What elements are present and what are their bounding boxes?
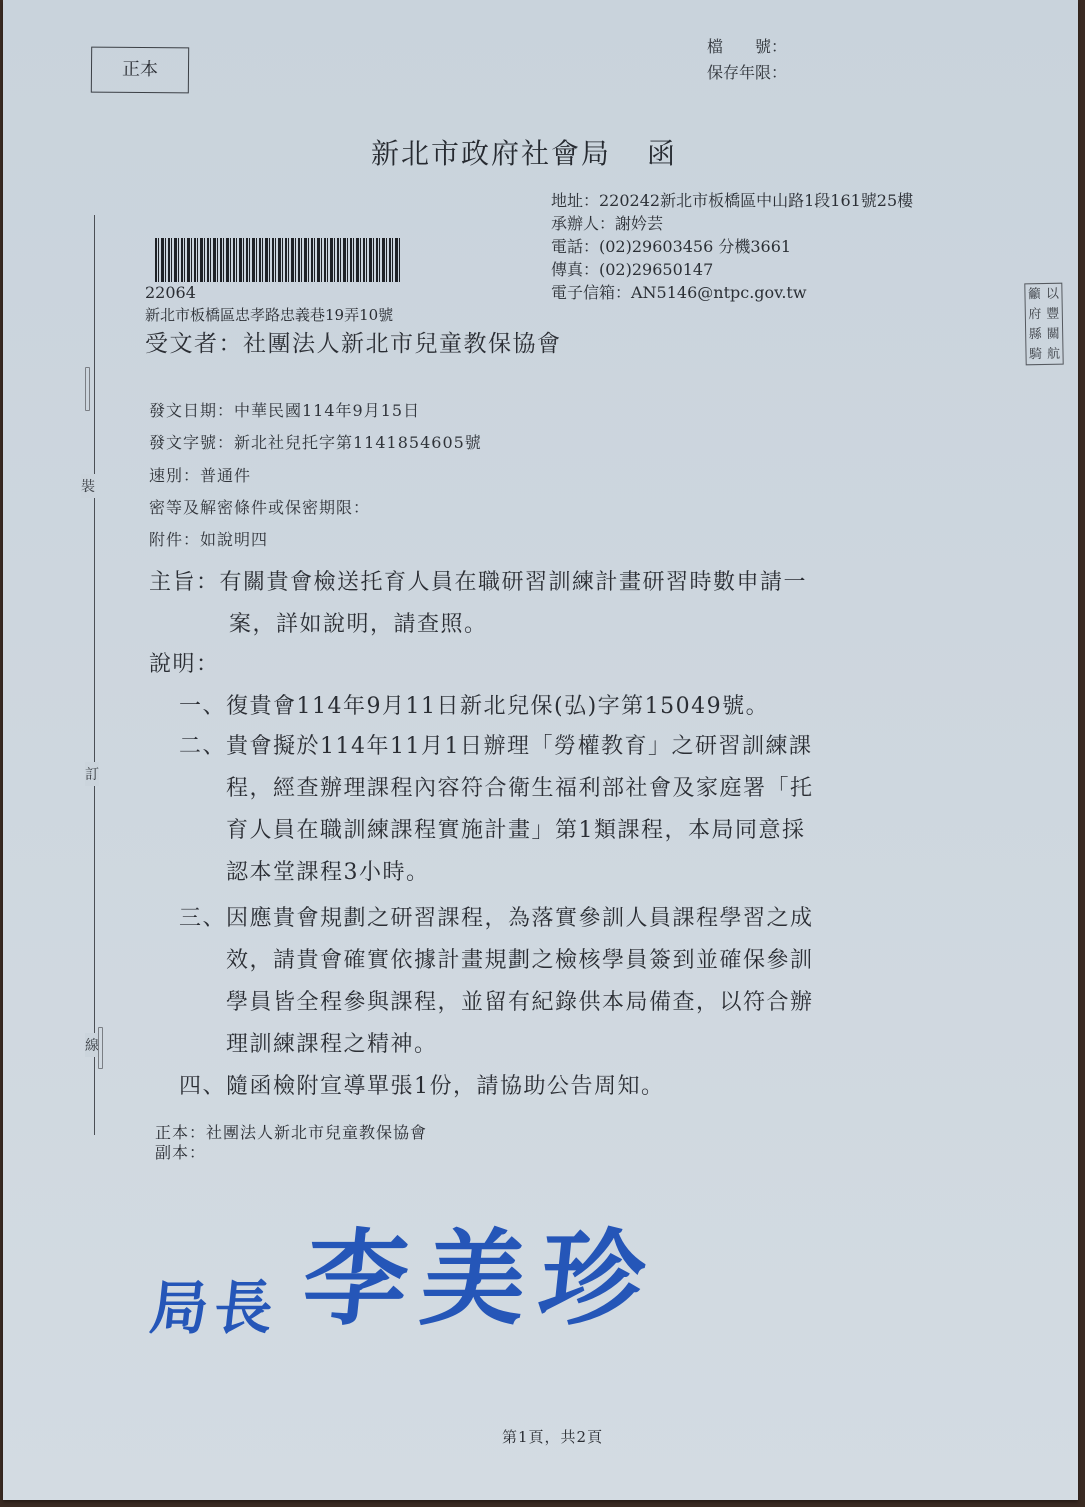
explanation-item-2: 二、貴會擬於114年11月1日辦理「勞權教育」之研習訓練課 程，經查辦理課程內容… — [179, 726, 814, 894]
file-number-label: 檔 號： — [707, 37, 787, 56]
subject-line: 有關貴會檢送托育人員在職研習訓練計畫研習時數申請一 — [220, 570, 808, 595]
binding-mark-ding: 訂 — [85, 762, 99, 786]
seal-char: 府 — [1026, 304, 1044, 324]
sender-info: 地址：220242新北市板橋區中山路1段161號25樓 承辦人：謝妗芸 電話：(… — [551, 189, 913, 304]
seal-char: 縣 — [1026, 324, 1044, 344]
item-line: 育人員在職訓練課程實施計畫」第1類課程，本局同意採 — [179, 810, 814, 852]
seal-char: 籲 — [1025, 284, 1043, 304]
signature-name: 李美珍 — [297, 1195, 667, 1345]
item-line: 因應貴會規劃之研習課程，為落實參訓人員課程學習之成 — [226, 906, 814, 931]
copy-recipient: 副本： — [155, 1143, 427, 1163]
document-title: 新北市政府社會局函 — [371, 132, 677, 172]
item-marker: 三、 — [179, 906, 226, 931]
sender-address: 地址：220242新北市板橋區中山路1段161號25樓 — [551, 189, 913, 212]
subject-line: 案，詳如說明，請查照。 — [149, 604, 807, 646]
signature-role: 局長 — [147, 1261, 284, 1345]
doc-number: 發文字號：新北社兒托字第1141854605號 — [149, 430, 482, 453]
seal-char: 豐 — [1044, 304, 1062, 324]
sender-email: 電子信箱：AN5146@ntpc.gov.tw — [551, 281, 913, 304]
retention-row: 保存年限： — [707, 60, 787, 86]
item-marker: 二、 — [179, 734, 226, 759]
explanation-item-4: 四、隨函檢附宣導單張1份，請協助公告周知。 — [179, 1066, 665, 1108]
seal-char: 騎 — [1026, 344, 1044, 364]
subject-label: 主旨： — [149, 570, 220, 595]
item-line: 貴會擬於114年11月1日辦理「勞權教育」之研習訓練課 — [226, 734, 812, 759]
binding-bracket — [98, 1027, 103, 1069]
sender-fax: 傳真：(02)29650147 — [551, 258, 913, 281]
binding-mark-zhuang: 裝 — [81, 474, 95, 498]
item-line: 學員皆全程參與課程，並留有紀錄供本局備查，以符合辦 — [179, 982, 814, 1024]
item-marker: 一、 — [179, 694, 226, 719]
item-line: 認本堂課程3小時。 — [179, 852, 814, 894]
attachments: 附件：如說明四 — [149, 527, 268, 550]
seal-stamp: 籲 以 府 豐 縣 關 騎 航 — [1024, 283, 1063, 366]
sender-phone: 電話：(02)29603456 分機3661 — [551, 235, 913, 258]
page-number: 第1頁，共2頁 — [502, 1426, 603, 1447]
explanation-label: 說明： — [149, 644, 220, 686]
contact-person: 承辦人：謝妗芸 — [551, 212, 913, 235]
original-recipient: 正本：社團法人新北市兒童教保協會 — [155, 1123, 427, 1143]
document-type: 函 — [647, 137, 677, 170]
item-line: 隨函檢附宣導單張1份，請協助公告周知。 — [226, 1074, 665, 1099]
item-marker: 四、 — [179, 1074, 226, 1099]
seal-char: 以 — [1043, 284, 1061, 304]
explanation-item-1: 一、復貴會114年9月11日新北兒保(弘)字第15049號。 — [179, 686, 769, 728]
classification: 密等及解密條件或保密期限： — [149, 495, 370, 518]
subject: 主旨：有關貴會檢送托育人員在職研習訓練計畫研習時數申請一 案，詳如說明，請查照。 — [149, 562, 807, 646]
director-signature: 局長 李美珍 — [151, 1195, 659, 1345]
recipient-zip: 22064 — [145, 283, 196, 302]
explanation-item-3: 三、因應貴會規劃之研習課程，為落實參訓人員課程學習之成 效，請貴會確實依據計畫規… — [179, 898, 814, 1066]
retention-label: 保存年限： — [707, 63, 787, 82]
binding-line — [94, 215, 95, 1135]
seal-char: 關 — [1044, 324, 1062, 344]
item-line: 效，請貴會確實依據計畫規劃之檢核學員簽到並確保參訓 — [179, 940, 814, 982]
recipient: 受文者：社團法人新北市兒童教保協會 — [145, 325, 562, 358]
binding-mark-xian: 線 — [85, 1033, 99, 1057]
barcode — [155, 238, 400, 282]
item-line: 復貴會114年9月11日新北兒保(弘)字第15049號。 — [226, 694, 769, 719]
document-page: 正本 檔 號： 保存年限： 新北市政府社會局函 地址：220242新北市板橋區中… — [3, 0, 1078, 1500]
file-number-row: 檔 號： — [707, 34, 787, 60]
recipient-address: 新北市板橋區忠孝路忠義巷19弄10號 — [145, 304, 393, 325]
speed-class: 速別：普通件 — [149, 463, 251, 486]
agency-name: 新北市政府社會局 — [371, 137, 611, 170]
issue-date: 發文日期：中華民國114年9月15日 — [149, 398, 420, 421]
item-line: 程，經查辦理課程內容符合衛生福利部社會及家庭署「托 — [179, 768, 814, 810]
seal-char: 航 — [1044, 344, 1062, 364]
file-meta: 檔 號： 保存年限： — [707, 34, 787, 86]
copy-type-box: 正本 — [91, 47, 189, 94]
binding-bracket — [85, 367, 90, 411]
item-line: 理訓練課程之精神。 — [179, 1024, 814, 1066]
distribution: 正本：社團法人新北市兒童教保協會 副本： — [155, 1123, 427, 1163]
